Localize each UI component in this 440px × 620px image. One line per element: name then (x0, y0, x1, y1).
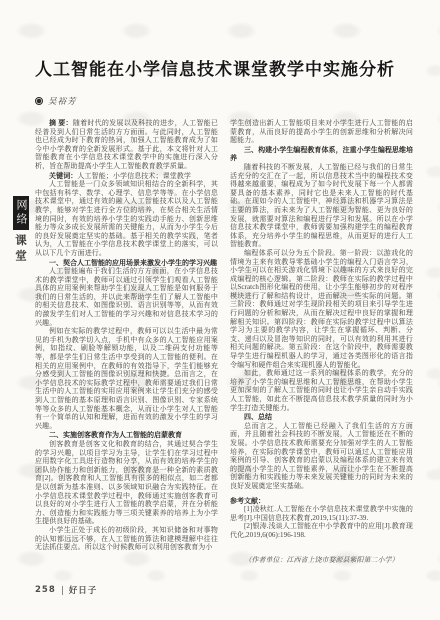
body-paragraph-continued: 学生创造出新人工智能项目来对小学生进行人工智能的启蒙教育，从而良好的提高小学生的… (230, 119, 413, 145)
page-footer: 258 好日子 (35, 584, 97, 596)
section-heading-4: 四、总结 (230, 413, 413, 422)
section-heading-2: 二、实施创客教育作为人工智能的启蒙教育 (35, 431, 218, 440)
body-paragraph: 人工智能遍布于我们生活的方方面面，在小学信息技术的教学课堂中，教师可以通过引领学… (35, 267, 218, 327)
section-heading-3: 三、构建小学生编程教育体系，注重小学生编程思维培养 (230, 146, 413, 163)
page-number: 258 (35, 585, 56, 595)
reference-item: [1]凌秋红.人工智能在小学信息技术课堂教学中实施的思考[J].中国信息技术教育… (230, 505, 413, 522)
keywords-text: 人工智能；小学信息技术；课堂教学 (77, 172, 191, 180)
abstract-label: 摘 要： (49, 119, 73, 127)
abstract: 摘 要：随着时代的发展以及科技的进步，人工智能已经普及到人们日常生活的方方面面。… (35, 119, 218, 171)
author-name: 吴裕芳 (48, 95, 77, 107)
journal-page: 网络 课堂 人工智能在小学信息技术课堂教学中实施分析 吴裕芳 摘 要：随着时代的… (0, 0, 440, 620)
body-paragraph: 人工智能是一门众多领域知识相结合的全新科学，其中包括有科学、数学、心理学、信息学… (35, 180, 218, 257)
right-column: 学生创造出新人工智能项目来对小学生进行人工智能的启蒙教育，从而良好的提高小学生的… (230, 119, 413, 564)
two-column-body: 摘 要：随着时代的发展以及科技的进步，人工智能已经普及到人们日常生活的方方面面。… (35, 119, 413, 564)
body-paragraph: 编程体系可以分为五个阶段。第一阶段：以游戏化的情境为主来有效教导零基础小学生的编… (230, 249, 413, 369)
section-heading-1: 一、契合人工智能的应用场景来激发小学生的学习兴趣 (35, 259, 218, 268)
references-label: 参考文献： (230, 497, 413, 506)
body-paragraph: 例如在实际的教学过程中，教师可以以生活中最为常见的手机为教学切入点，手机中有众多… (35, 327, 218, 430)
keywords: 关键词：人工智能；小学信息技术；课堂教学 (35, 172, 218, 181)
keywords-label: 关键词： (49, 172, 77, 180)
page-content: 人工智能在小学信息技术课堂教学中实施分析 吴裕芳 摘 要：随着时代的发展以及科技… (0, 58, 440, 564)
abstract-text: 随着时代的发展以及科技的进步，人工智能已经普及到人们日常生活的方方面面。与此同时… (35, 119, 218, 170)
article-title: 人工智能在小学信息技术课堂教学中实施分析 (35, 58, 413, 82)
reference-item: [2]银涛.浅谈人工智能在中小学教育中的应用[J].教育现代化,2019,6(0… (230, 522, 413, 539)
left-column: 摘 要：随着时代的发展以及科技的进步，人工智能已经普及到人们日常生活的方方面面。… (35, 119, 218, 564)
journal-name: 好日子 (69, 584, 98, 596)
body-paragraph: 总而言之，人工智能已经融入了我们生活的方方面面，并且随着社会科技的不断发展，人工… (230, 422, 413, 491)
author-bullet-icon (35, 97, 43, 105)
body-paragraph: 随着科技的不断发展，人工智能已经与我们的日常生活充分的交汇在了一起，所以信息技术… (230, 163, 413, 249)
author-affiliation: （作者单位：江西省上饶市婺源县紫阳第二小学） (230, 556, 413, 565)
body-paragraph: 小学生正处于成长的初级阶段，其知识储备和对事物的认知都远远不够，在人工智能的算法… (35, 526, 218, 552)
body-paragraph: 如此，教师通过这一系列的编程体系的教学，充分的培养了小学生的编程思维和人工智能思… (230, 369, 413, 412)
body-paragraph: 创客教育是创客文化和教育的结合，其通过契合学生的学习兴趣，以项目学习为主导，让学… (35, 440, 218, 526)
author-line: 吴裕芳 (35, 95, 413, 107)
footer-divider (62, 586, 63, 595)
